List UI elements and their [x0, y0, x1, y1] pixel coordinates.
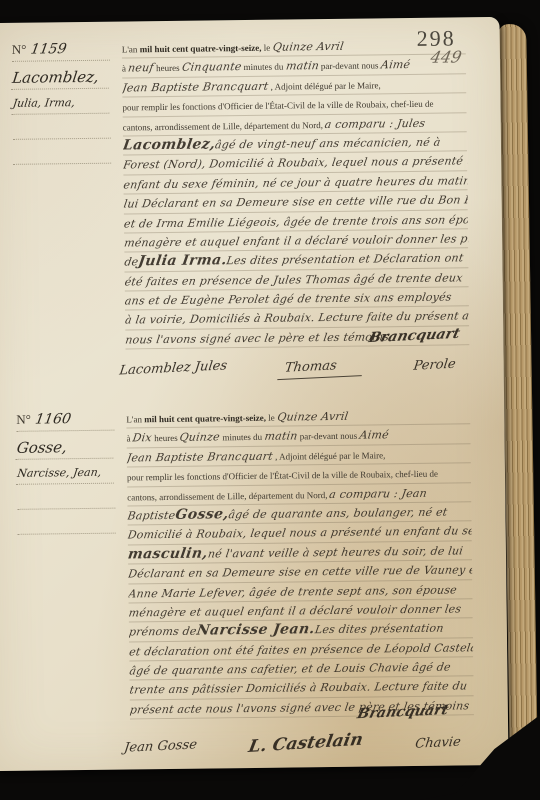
- record-1159-margin-column: N° 1159 Lacomblez, Julia, Irma,: [12, 40, 114, 351]
- handwritten-text: Gosse,: [174, 505, 230, 524]
- signature-witness-2: Perole: [413, 357, 457, 374]
- printed-form-text: cantons, arrondissement de Lille, départ…: [127, 490, 330, 502]
- handwritten-text: Baptiste: [126, 507, 176, 526]
- margin-rule: [13, 121, 111, 140]
- record-text-line: et de Irma Emilie Liégeois, âgée de tren…: [124, 210, 468, 234]
- record-number: 1159: [29, 41, 67, 57]
- handwritten-text: Jean Baptiste Brancquart: [122, 77, 270, 97]
- handwritten-text: matin: [284, 57, 320, 75]
- printed-form-text: , Adjoint délégué par le Maire,: [268, 80, 381, 91]
- record-text-body: L'an mil huit cent quatre-vingt-seize, l…: [126, 405, 474, 719]
- printed-form-text: le: [266, 413, 277, 423]
- handwritten-text: a comparu : Jules: [324, 114, 427, 133]
- printed-form-text: , Adjoint délégué par le Maire,: [273, 450, 386, 461]
- birth-record-1159: N° 1159 Lacomblez, Julia, Irma, L'an mil…: [12, 35, 470, 351]
- signature-father: Jean Gosse: [123, 737, 198, 755]
- signature-row: Lacomblez Jules Thomas Perole: [120, 357, 456, 380]
- printed-form-text: minutes du: [241, 62, 285, 73]
- record-text-line: cantons, arrondissement de Lille, départ…: [123, 113, 467, 137]
- handwritten-text: né l'avant veille à sept heures du soir,…: [206, 542, 464, 563]
- printed-form-text: mil huit cent quatre-vingt-seize,: [140, 43, 262, 54]
- printed-form-text: minutes du: [220, 432, 264, 443]
- record-number: 1160: [34, 411, 72, 427]
- handwritten-text: Lacomblez,: [122, 135, 217, 154]
- birth-record-1160: N° 1160 Gosse, Narcisse, Jean, L'an mil …: [16, 405, 474, 721]
- handwritten-text: Julia Irma.: [137, 252, 228, 271]
- printed-form-text: L'an: [122, 44, 140, 54]
- printed-form-text: heures: [152, 433, 180, 443]
- record-margin-surname: Gosse,: [15, 438, 116, 460]
- handwritten-text: neuf: [127, 60, 155, 78]
- handwritten-text: âgé de quarante ans, boulanger, né et: [227, 504, 448, 525]
- handwritten-text: Jean Baptiste Brancquart: [126, 447, 274, 467]
- handwritten-text: Aimé: [358, 427, 390, 445]
- record-number-line: N° 1160: [16, 410, 114, 432]
- record-number-label: N°: [16, 412, 31, 427]
- printed-form-text: mil huit cent quatre-vingt-seize,: [144, 413, 266, 424]
- record-number-label: N°: [12, 42, 27, 57]
- handwritten-text: masculin,: [127, 544, 209, 563]
- handwritten-text: Les dites présentation: [313, 620, 444, 640]
- handwritten-text: Dix: [131, 430, 153, 448]
- printed-form-text: par-devant nous: [297, 431, 359, 442]
- handwritten-text: été faites en présence de Jules Thomas â…: [123, 269, 464, 291]
- record-margin-given-names: Julia, Irma,: [11, 96, 111, 115]
- handwritten-text: nous l'avons signé avec le père et les t…: [124, 328, 390, 349]
- printed-form-text: le: [261, 43, 272, 53]
- handwritten-text: Quinze Avril: [271, 38, 345, 57]
- handwritten-text: et de Irma Emilie Liégeois, âgée de tren…: [123, 211, 470, 234]
- record-text-body: L'an mil huit cent quatre-vingt-seize, l…: [122, 35, 470, 349]
- signature-father: Lacomblez Jules: [118, 358, 228, 378]
- signature-row: Jean Gosse L. Castelain Chavie: [124, 731, 460, 755]
- margin-rule: [13, 146, 111, 165]
- handwritten-text: Quinze Avril: [276, 408, 350, 427]
- handwritten-text: matin: [263, 428, 299, 446]
- printed-form-text: pour remplir les fonctions d'Officier de…: [122, 99, 433, 113]
- handwritten-text: Les dites présentation et Déclaration on…: [225, 250, 465, 271]
- printed-form-text: par-devant nous: [319, 61, 381, 72]
- printed-form-text: L'an: [126, 414, 144, 424]
- handwritten-text: enfant du sexe féminin, né ce jour à qua…: [122, 172, 469, 195]
- record-1160-margin-column: N° 1160 Gosse, Narcisse, Jean,: [16, 410, 118, 721]
- printed-form-text: cantons, arrondissement de Lille, départ…: [123, 120, 326, 132]
- signature-witness-2: Chavie: [414, 735, 461, 752]
- handwritten-text: Aimé: [379, 56, 411, 74]
- handwritten-text: prénoms de: [128, 623, 198, 642]
- printed-form-text: pour remplir les fonctions d'Officier de…: [127, 469, 438, 483]
- printed-form-text: heures: [154, 63, 182, 73]
- record-text-line: cantons, arrondissement de Lille, départ…: [127, 483, 471, 507]
- record-margin-surname: Lacomblez,: [11, 68, 112, 90]
- margin-rule: [17, 491, 115, 510]
- handwritten-text: Anne Marie Lefever, âgée de trente sept …: [127, 581, 458, 603]
- handwritten-text: âgé de vingt-neuf ans mécanicien, né à: [214, 134, 442, 155]
- record-margin-given-names: Narcisse, Jean,: [16, 466, 116, 485]
- handwritten-text: Quinze: [179, 429, 222, 448]
- signature-witness-1: L. Castelain: [247, 730, 365, 757]
- record-number-line: N° 1159: [12, 40, 110, 62]
- record-text-line: Anne Marie Lefever, âgée de trente sept …: [128, 580, 472, 604]
- handwritten-text: Cinquante: [181, 58, 243, 77]
- register-page: 298 449 N° 1159 Lacomblez, Julia, Irma, …: [0, 17, 509, 771]
- handwritten-text: et déclaration ont été faites en présenc…: [128, 639, 474, 661]
- handwritten-text: Narcisse Jean.: [195, 620, 316, 639]
- handwritten-text: a comparu : Jean: [328, 484, 428, 503]
- margin-rule: [17, 516, 115, 535]
- officer-signature: Brancquart: [356, 702, 451, 722]
- register-book-photo: 298 449 N° 1159 Lacomblez, Julia, Irma, …: [0, 0, 540, 800]
- signature-witness-1: Thomas: [277, 357, 363, 380]
